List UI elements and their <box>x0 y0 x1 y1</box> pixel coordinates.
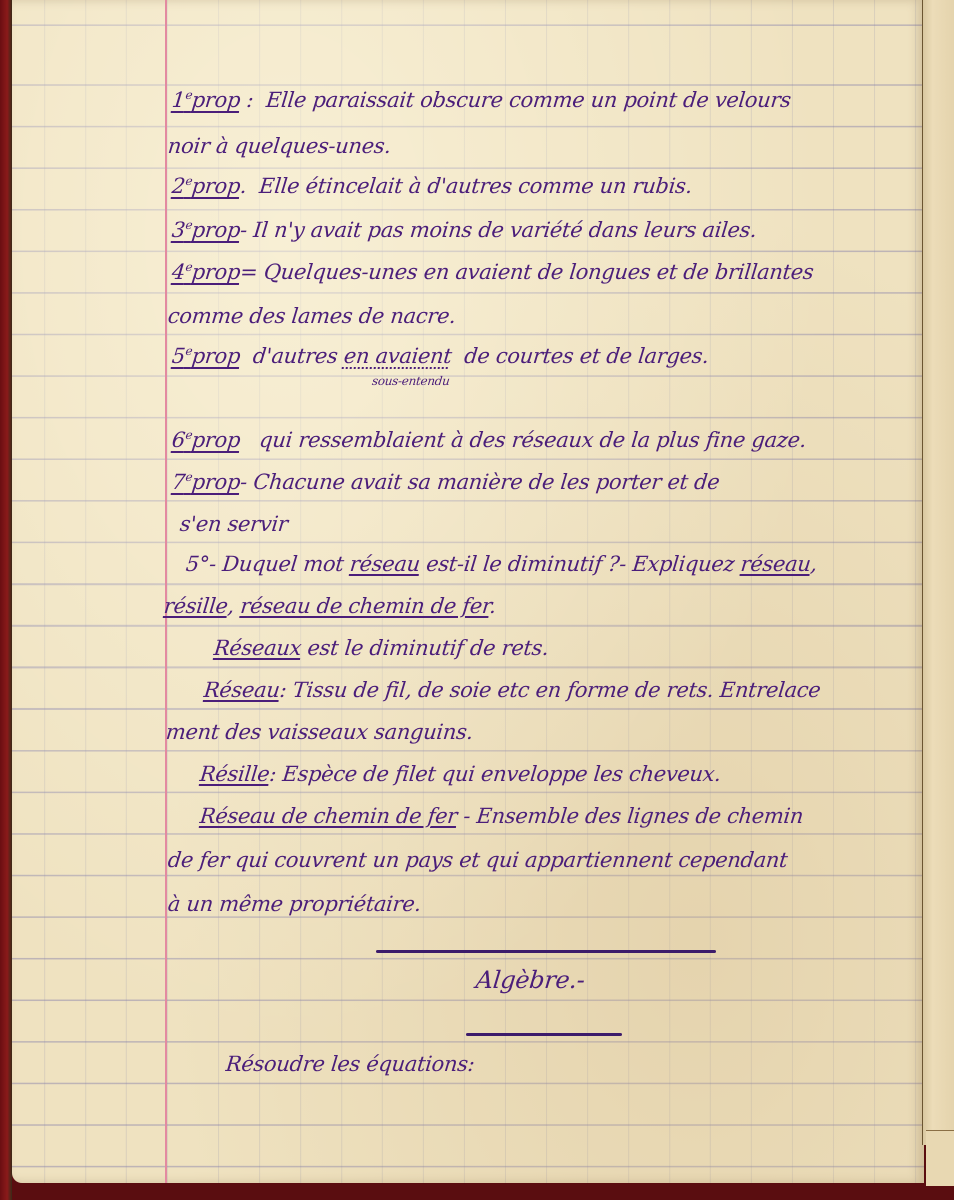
prop-word: prop <box>191 218 242 242</box>
answer-text: Espèce de filet qui enveloppe les cheveu… <box>281 762 722 786</box>
prop-text: Elle étincelait à d'autres comme un rubi… <box>258 174 693 198</box>
prop-separator: : <box>245 88 254 112</box>
proposition-4: 4eprop= Quelques-unes en avaient de long… <box>171 260 815 284</box>
answer-term: Réseau de chemin de fer <box>199 804 459 828</box>
prop-word: prop <box>191 344 242 368</box>
question-5-continued: résille, réseau de chemin de fer. <box>163 594 497 618</box>
note-sous-entendu: sous-entendu <box>371 374 450 388</box>
notebook-cover-edge <box>0 0 12 1200</box>
prop-separator: - <box>239 470 248 494</box>
prop-text-end: de courtes et de larges. <box>463 344 710 368</box>
prop-text: Il n'y avait pas moins de variété dans l… <box>252 218 758 242</box>
prop-text: d'autres <box>252 344 339 368</box>
question-number: 5°- <box>185 552 218 576</box>
answer-term: Réseau <box>203 678 281 702</box>
prop-label: 1eprop <box>171 88 242 112</box>
answer-reseau-continued: ment des vaisseaux sanguins. <box>165 720 475 744</box>
prop-word: prop <box>191 470 242 494</box>
question-word: réseau de chemin de fer <box>239 594 491 618</box>
question-word: résille <box>163 594 229 618</box>
answer-chemin-continued: de fer qui couvrent un pays et qui appar… <box>167 848 789 872</box>
proposition-1-continued: noir à quelques-unes. <box>167 134 392 158</box>
proposition-6: 6eprop qui ressemblaient à des réseaux d… <box>171 428 808 452</box>
answer-text: est le diminutif de rets. <box>306 636 550 660</box>
section-rule-bottom <box>466 1033 622 1036</box>
prop-text: Elle paraissait obscure comme un point d… <box>265 88 792 112</box>
proposition-7: 7eprop- Chacune avait sa manière de les … <box>171 470 721 494</box>
proposition-1: 1eprop : Elle paraissait obscure comme u… <box>171 88 792 112</box>
margin-line <box>165 0 167 1183</box>
answer-reseaux: Réseaux est le diminutif de rets. <box>213 636 550 660</box>
proposition-3: 3eprop- Il n'y avait pas moins de variét… <box>171 218 758 242</box>
question-text: est-il le diminutif ?- Expliquez <box>425 552 736 576</box>
answer-term: Résille <box>199 762 271 786</box>
prop-text: qui ressemblaient à des réseaux de la pl… <box>258 428 807 452</box>
answer-text: Tissu de fil, de soie etc en forme de re… <box>292 678 822 702</box>
answer-resille: Résille: Espèce de filet qui enveloppe l… <box>199 762 722 786</box>
answer-reseau: Réseau: Tissu de fil, de soie etc en for… <box>203 678 822 702</box>
answer-chemin-continued-2: à un même propriétaire. <box>167 892 422 916</box>
answer-text: Ensemble des lignes de chemin <box>475 804 804 828</box>
prop-separator: . <box>239 174 248 198</box>
next-page-edge <box>922 0 954 1145</box>
question-word: réseau <box>349 552 421 576</box>
answer-separator: : <box>278 678 287 702</box>
question-word: réseau <box>739 552 811 576</box>
prop-text: Quelques-unes en avaient de longues et d… <box>263 260 815 284</box>
prop-separator: = <box>239 260 259 284</box>
prop-separator: - <box>239 218 248 242</box>
section-rule-top <box>376 950 716 953</box>
prop-word: prop <box>191 428 242 452</box>
section-instruction: Résoudre les équations: <box>225 1052 476 1076</box>
answer-reseau-chemin-de-fer: Réseau de chemin de fer - Ensemble des l… <box>199 804 805 828</box>
answer-separator: : <box>268 762 277 786</box>
answer-separator: - <box>462 804 471 828</box>
proposition-5: 5eprop d'autres en avaient de courtes et… <box>171 344 710 368</box>
answer-term: Réseaux <box>213 636 303 660</box>
proposition-7-continued: s'en servir <box>179 512 289 536</box>
section-title: Algèbre.- <box>475 966 587 994</box>
prop-text: Chacune avait sa manière de les porter e… <box>252 470 721 494</box>
proposition-4-continued: comme des lames de nacre. <box>167 304 457 328</box>
proposition-2: 2eprop. Elle étincelait à d'autres comme… <box>171 174 694 198</box>
implied-verb: en avaient <box>343 344 453 368</box>
prop-word: prop <box>191 88 242 112</box>
prop-word: prop <box>191 174 242 198</box>
prop-word: prop <box>191 260 242 284</box>
page-corner-fold <box>926 1130 954 1186</box>
question-5: 5°- Duquel mot réseau est-il le diminuti… <box>185 552 819 576</box>
question-text: Duquel mot <box>221 552 345 576</box>
